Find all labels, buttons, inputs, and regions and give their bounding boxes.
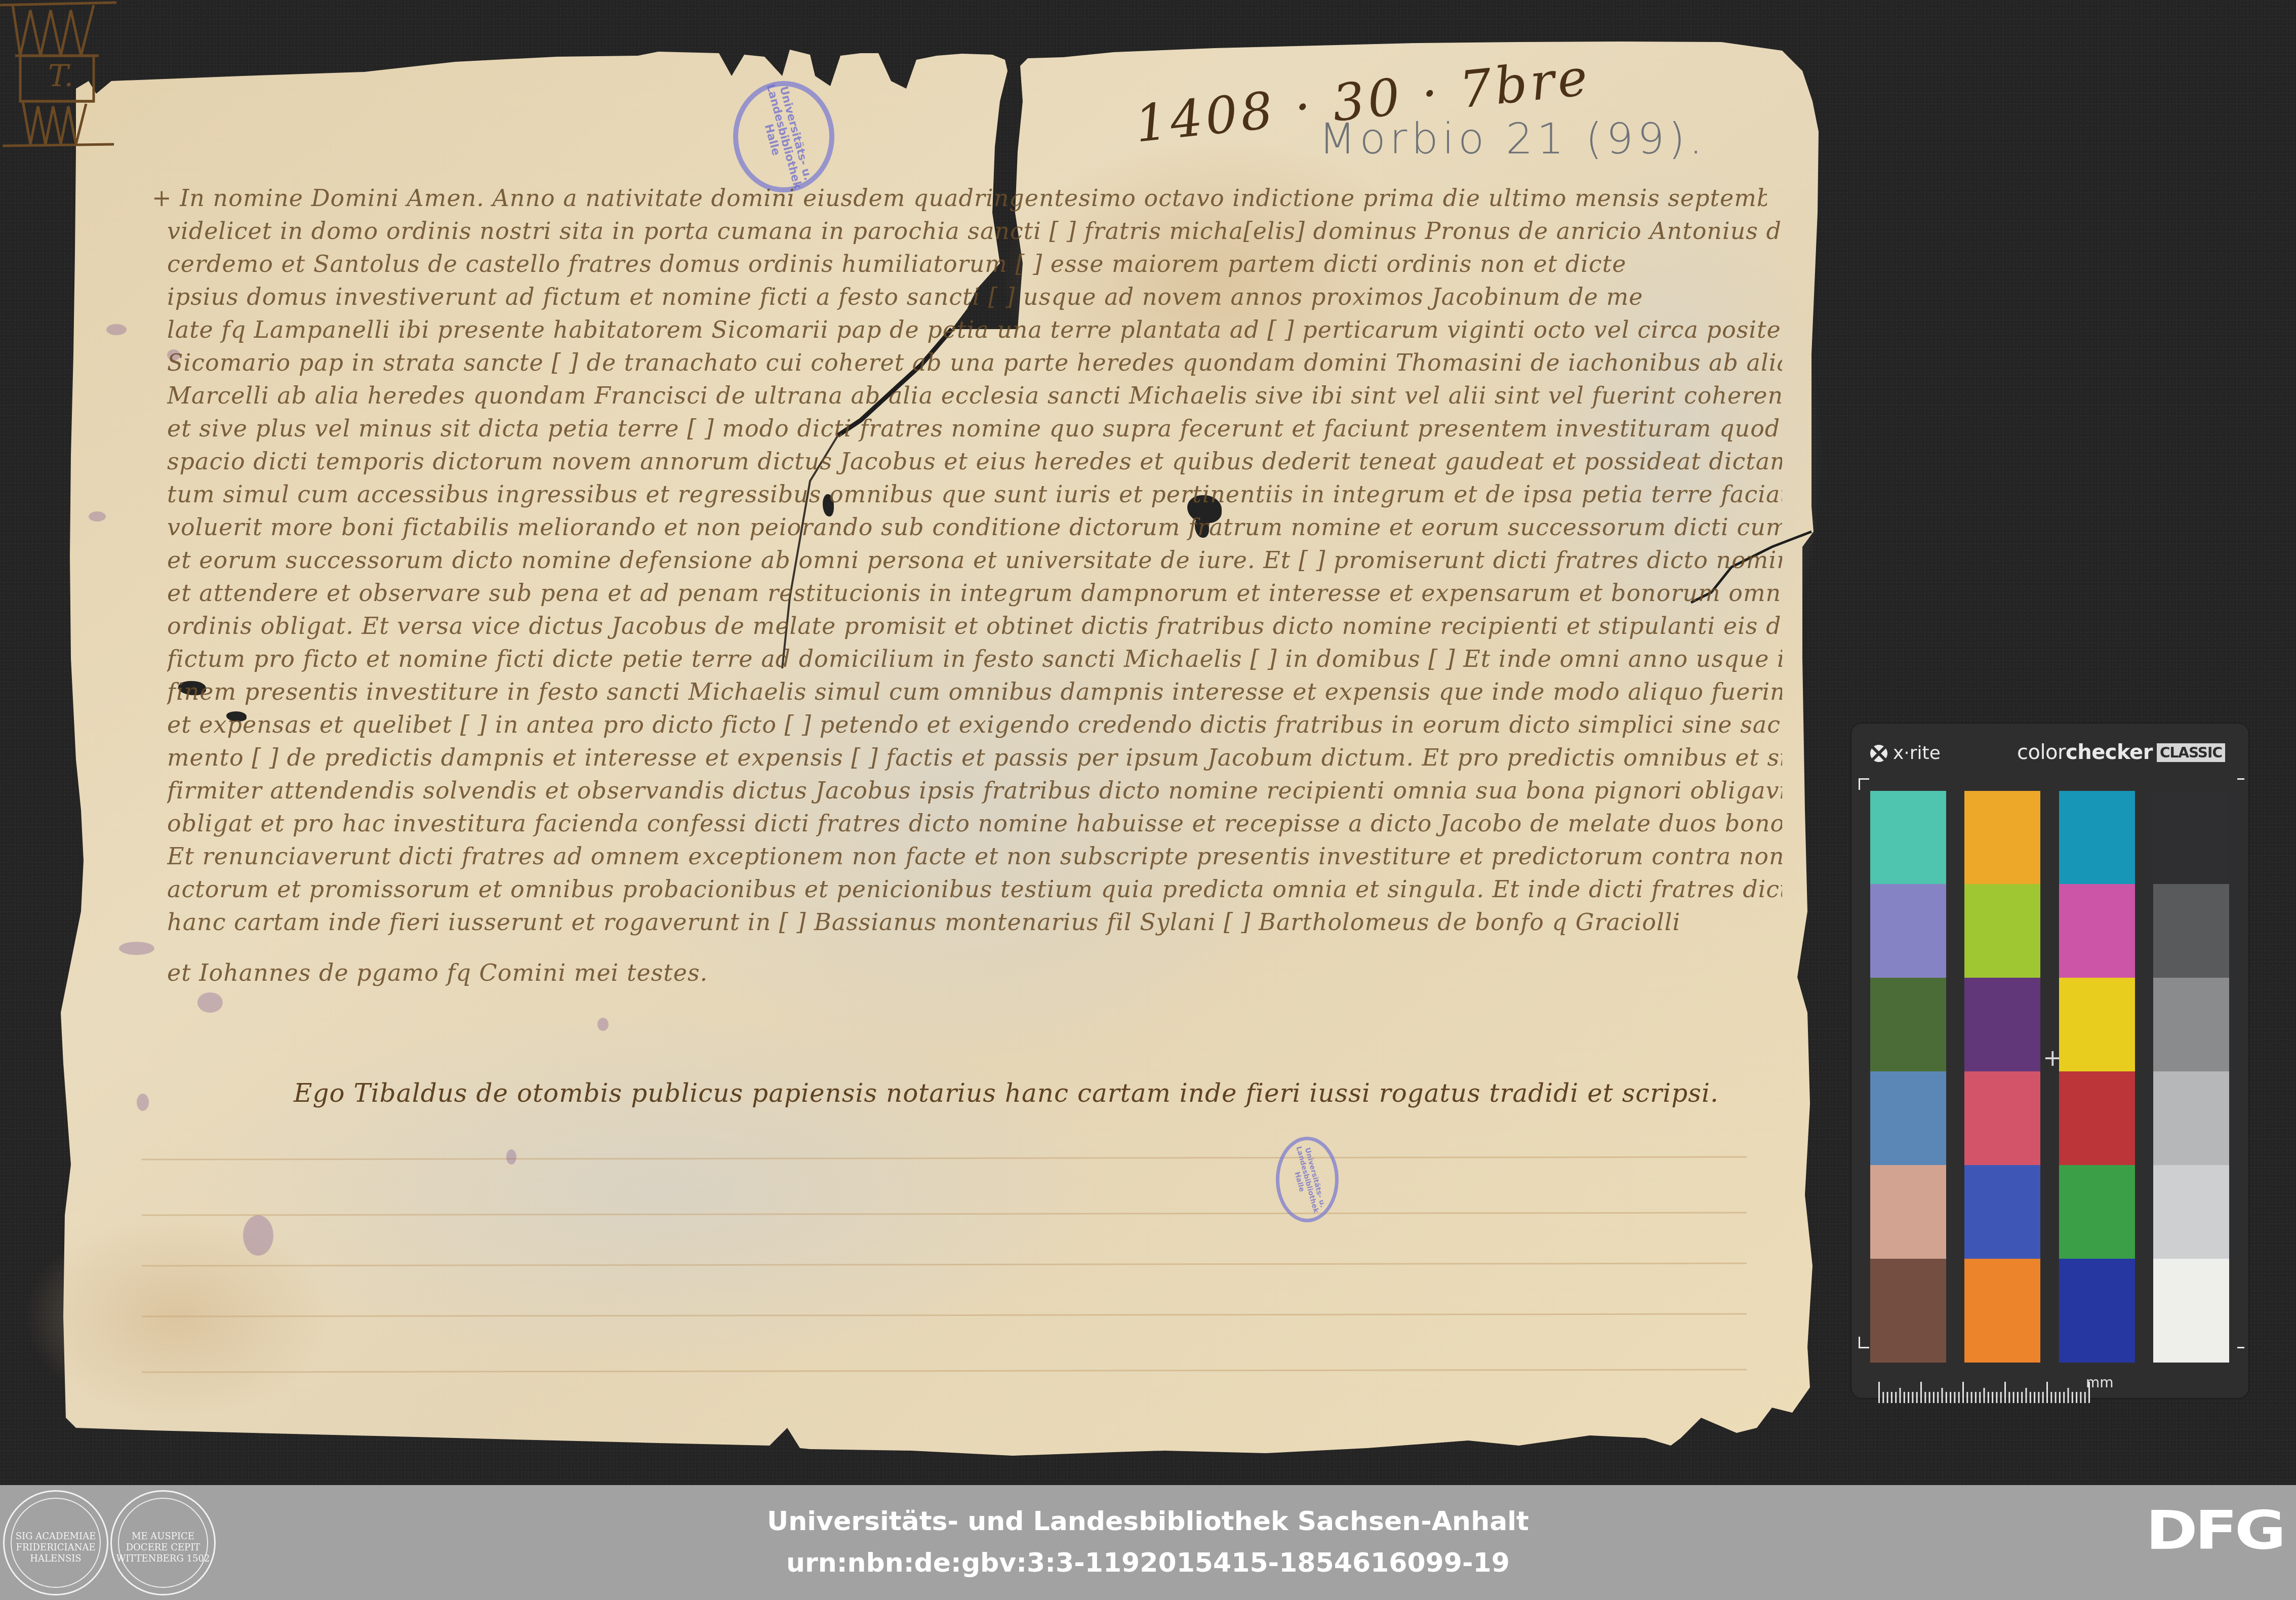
text-line: firmiter attendendis solvendis et observ… xyxy=(167,775,1782,806)
text-line: hanc cartam inde fieri iusserunt et roga… xyxy=(167,906,1782,938)
crop-corner-tr xyxy=(2237,778,2244,790)
svg-text:T.: T. xyxy=(48,58,73,94)
color-patch xyxy=(2059,1165,2135,1269)
notarial-subscription: Ego Tibaldus de otombis publicus papiens… xyxy=(294,1078,1719,1108)
color-patch xyxy=(1870,978,1946,1082)
text-line: et eorum successorum dicto nomine defens… xyxy=(167,544,1782,576)
crop-corner-br xyxy=(2237,1337,2244,1348)
text-line: et sive plus vel minus sit dicta petia t… xyxy=(167,413,1782,444)
classic-badge: CLASSIC xyxy=(2157,743,2225,762)
text-line: mento [ ] de predictis dampnis et intere… xyxy=(167,742,1782,773)
urn-identifier: urn:nbn:de:gbv:3:3-1192015415-1854616099… xyxy=(0,1548,2296,1578)
text-line: ipsius domus investiverunt ad fictum et … xyxy=(167,281,1782,312)
text-line: Sicomario pap in strata sancte [ ] de tr… xyxy=(167,347,1782,378)
text-line: fictum pro ficto et nomine ficti dicte p… xyxy=(167,643,1782,674)
footer-bar: SIG ACADEMIAE FRIDERICIANAE HALENSIS ME … xyxy=(0,1485,2296,1600)
color-patch xyxy=(1870,1165,1946,1269)
xrite-brand: x·rite xyxy=(1870,743,1941,764)
color-patch xyxy=(1964,791,2040,895)
crop-corner-tl xyxy=(1859,778,1869,790)
color-patch xyxy=(1870,791,1946,895)
color-patch xyxy=(2153,884,2229,988)
text-line: spacio dicti temporis dictorum novem ann… xyxy=(167,446,1782,477)
color-patch xyxy=(2059,884,2135,988)
text-line: et expensas et quelibet [ ] in antea pro… xyxy=(167,709,1782,740)
text-line: tum simul cum accessibus ingressibus et … xyxy=(167,478,1782,510)
text-line: voluerit more boni fictabilis meliorando… xyxy=(167,511,1782,543)
color-patch xyxy=(2153,1165,2229,1269)
ruler-unit-label: mm xyxy=(2086,1374,2114,1391)
color-patch xyxy=(2153,791,2229,895)
text-line: cerdemo et Santolus de castello fratres … xyxy=(167,248,1782,279)
xrite-label: x·rite xyxy=(1893,743,1941,764)
color-patch xyxy=(2059,1071,2135,1175)
color-patch xyxy=(1964,1071,2040,1175)
notary-signum-icon: T. xyxy=(0,0,116,152)
color-patch xyxy=(2153,1071,2229,1175)
crop-corner-bl xyxy=(1859,1337,1869,1348)
text-line: videlicet in domo ordinis nostri sita in… xyxy=(167,215,1782,247)
text-line: late fq Lampanelli ibi presente habitato… xyxy=(167,314,1782,345)
dfg-logo: DFG xyxy=(2146,1509,2283,1552)
text-line: et Iohannes de pgamo fq Comini mei teste… xyxy=(167,957,825,988)
text-line: Marcelli ab alia heredes quondam Francis… xyxy=(167,380,1782,411)
text-line: + In nomine Domini Amen. Anno a nativita… xyxy=(152,182,1767,214)
text-line: actorum et promissorum et omnibus probac… xyxy=(167,873,1782,905)
color-patch xyxy=(1870,1071,1946,1175)
color-patch xyxy=(1964,1259,2040,1363)
parchment-charter: 1408 · 30 · 7bre Morbio 21 (99). Univers… xyxy=(0,0,1833,1468)
color-patch xyxy=(1964,884,2040,988)
color-patch xyxy=(2059,1259,2135,1363)
library-name: Universitäts- und Landesbibliothek Sachs… xyxy=(0,1506,2296,1537)
text-line: obligat et pro hac investitura facienda … xyxy=(167,808,1782,839)
text-line: ordinis obligat. Et versa vice dictus Ja… xyxy=(167,610,1782,642)
title-bold: checker xyxy=(2066,741,2153,764)
text-line: finem presentis investiture in festo san… xyxy=(167,676,1782,707)
color-patch xyxy=(2059,791,2135,895)
color-patch xyxy=(1964,978,2040,1082)
color-patch xyxy=(1964,1165,2040,1269)
xrite-logo-icon xyxy=(1870,744,1888,763)
mm-ruler xyxy=(1878,1380,2101,1405)
text-line: et attendere et observare sub pena et ad… xyxy=(167,577,1782,609)
color-patch xyxy=(2059,978,2135,1082)
colorchecker-title: colorchecker CLASSIC xyxy=(2017,741,2225,764)
charter-text: + In nomine Domini Amen. Anno a nativita… xyxy=(0,0,1833,1468)
text-line: Et renunciaverunt dicti fratres ad omnem… xyxy=(167,841,1782,872)
color-patch xyxy=(1870,1259,1946,1363)
color-patch xyxy=(2153,978,2229,1082)
color-patch xyxy=(1870,884,1946,988)
color-patch xyxy=(2153,1259,2229,1363)
title-light: color xyxy=(2017,741,2066,764)
